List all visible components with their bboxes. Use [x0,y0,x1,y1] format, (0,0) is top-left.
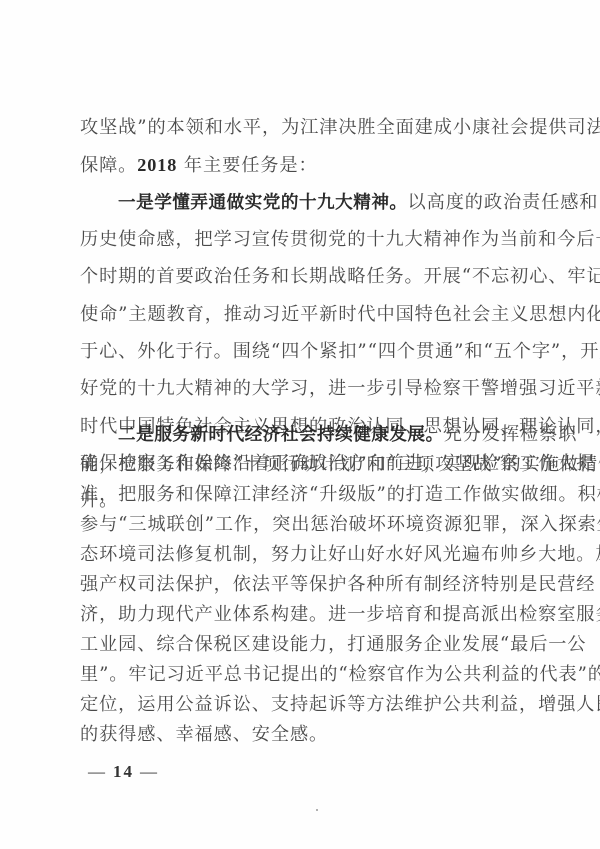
section-heading-1: 一是学懂弄通做实党的十九大精神。 [118,193,408,213]
text-line: 里”。牢记习近平总书记提出的“检察官作为公共利益的代表”的 [80,660,525,690]
dash-right: — [140,762,159,781]
year-number: 2018 [137,155,177,175]
text-segment: 保障。 [80,155,137,176]
page-number: —14— [88,762,159,782]
text-line: 于心、外化于行。围绕“四个紧扣”“四个贯通”和“五个字”，开展 [80,337,525,367]
text-line: 一是学懂弄通做实党的十九大精神。以高度的政治责任感和 [118,188,525,218]
text-line: 参与“三城联创”工作，突出惩治破坏环境资源犯罪，深入探索生 [80,510,525,540]
text-line: 二是服务新时代经济社会持续健康发展。充分发挥检察职 [118,420,525,450]
text-line: 强产权司法保护，依法平等保护各种所有制经济特别是民营经 [80,570,525,600]
text-line: 使命”主题教育，推动习近平新时代中国特色社会主义思想内化 [80,300,525,330]
text-line: 济，助力现代产业体系构建。进一步培育和提高派出检察室服务 [80,600,525,630]
document-page: 攻坚战”的本领和水平，为江津决胜全面建成小康社会提供司法 保障。2018 年主要… [0,0,600,849]
text-line: 工业园、综合保税区建设能力，打通服务企业发展“最后一公 [80,630,525,660]
text-line: 能，把服务和保障“十项行动计划”和“三项攻坚战”的实施做精做 [80,450,525,480]
dash-left: — [88,762,107,781]
text-segment: 充分发挥检察职 [444,424,578,445]
text-line: 个时期的首要政治任务和长期战略任务。开展“不忘初心、牢记 [80,262,525,292]
text-line: 的获得感、幸福感、安全感。 [80,720,525,750]
text-line: 准，把服务和保障江津经济“升级版”的打造工作做实做细。积极 [80,480,525,510]
text-line: 历史使命感，把学习宣传贯彻党的十九大精神作为当前和今后一 [80,225,525,255]
text-line: 攻坚战”的本领和水平，为江津决胜全面建成小康社会提供司法 [80,113,525,143]
section-heading-2: 二是服务新时代经济社会持续健康发展。 [118,425,444,445]
text-line: 态环境司法修复机制，努力让好山好水好风光遍布帅乡大地。加 [80,540,525,570]
text-segment: 年主要任务是： [177,155,317,176]
text-line: 好党的十九大精神的大学习，进一步引导检察干警增强习近平新 [80,374,525,404]
page-number-value: 14 [113,762,134,781]
scan-speck [316,809,318,811]
text-line: 保障。2018 年主要任务是： [80,150,525,180]
text-segment: 以高度的政治责任感和 [408,192,599,213]
text-line: 定位，运用公益诉讼、支持起诉等方法维护公共利益，增强人民 [80,690,525,720]
